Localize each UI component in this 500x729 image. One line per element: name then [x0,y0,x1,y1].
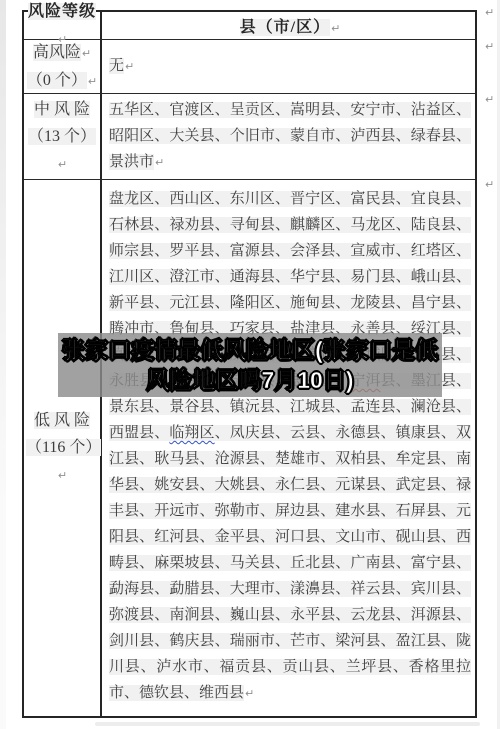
high-risk-counties-text: 无↵ [109,53,471,80]
table-row-high-risk: 高风险↵ （0 个）↵ 无↵ [24,40,475,94]
high-risk-counties-cell: 无↵ [102,40,475,93]
high-risk-level-cell: 高风险↵ （0 个）↵ [24,40,102,93]
paragraph-mark-icon: ↵ [485,6,494,19]
paragraph-mark-icon: ↵ [58,469,67,482]
spellcheck-blue-underline: 临翔区 [169,425,214,441]
low-risk-label: 低 风 险 [34,407,90,434]
table-row-low-risk: 低 风 险 （116 个）↵ 盘龙区、西山区、东川区、晋宁区、富民县、宜良县、石… [24,180,475,716]
watermark-title-line2: 风险地区吗7月10日) [146,365,353,395]
paragraph-mark-icon: ↵ [125,60,134,73]
paragraph-mark-icon: ↵ [485,93,494,106]
high-risk-count: （0 个）↵ [27,67,97,95]
low-risk-counties-cell: 盘龙区、西山区、东川区、晋宁区、富民县、宜良县、石林县、禄劝县、寻甸县、麒麟区、… [102,180,475,716]
document-page: 风险等级↵ 县（市/区）↵ 高风险↵ （0 个）↵ 无↵ 中 风 险 （13 个… [0,0,500,729]
header-risk-level-cell: 风险等级↵ [24,12,102,39]
mid-risk-level-cell: 中 风 险 （13 个）↵ [24,94,102,179]
paragraph-mark-icon: ↵ [245,687,254,700]
mid-risk-counties-cell: 五华区、官渡区、呈贡区、嵩明县、安宁市、沾益区、昭阳区、大关县、个旧市、蒙自市、… [102,94,475,179]
watermark-title-line1: 张家口疫情最低风险地区(张家口是低 [62,335,438,365]
table-row-mid-risk: 中 风 险 （13 个）↵ 五华区、官渡区、呈贡区、嵩明县、安宁市、沾益区、昭阳… [24,94,475,180]
page-bottom-shadow [95,722,480,726]
table-header-row: 风险等级↵ 县（市/区）↵ [24,12,475,40]
paragraph-mark-icon: ↵ [155,156,164,169]
paragraph-mark-icon: ↵ [88,75,97,88]
low-risk-count: （116 个）↵ [26,434,98,489]
paragraph-mark-icon: ↵ [485,40,494,53]
header-county-cell: 县（市/区）↵ [102,12,475,39]
paragraph-mark-icon: ↵ [331,22,340,35]
paragraph-mark-icon: ↵ [58,158,67,171]
low-risk-counties-text: 盘龙区、西山区、东川区、晋宁区、富民县、宜良县、石林县、禄劝县、寻甸县、麒麟区、… [109,186,471,707]
mid-risk-counties-text: 五华区、官渡区、呈贡区、嵩明县、安宁市、沾益区、昭阳区、大关县、个旧市、蒙自市、… [109,97,471,176]
watermark-title-banner: 张家口疫情最低风险地区(张家口是低 风险地区吗7月10日) [58,333,442,397]
high-risk-label: 高风险↵ [33,39,91,67]
header-county-label: 县（市/区）↵ [240,14,341,37]
paragraph-mark-icon: ↵ [485,178,494,191]
mid-risk-count: （13 个）↵ [26,123,98,178]
page-edge-left [0,0,6,729]
low-risk-level-cell: 低 风 险 （116 个）↵ [24,180,102,716]
mid-risk-label: 中 风 险 [34,96,90,123]
paragraph-mark-icon: ↵ [82,47,91,60]
